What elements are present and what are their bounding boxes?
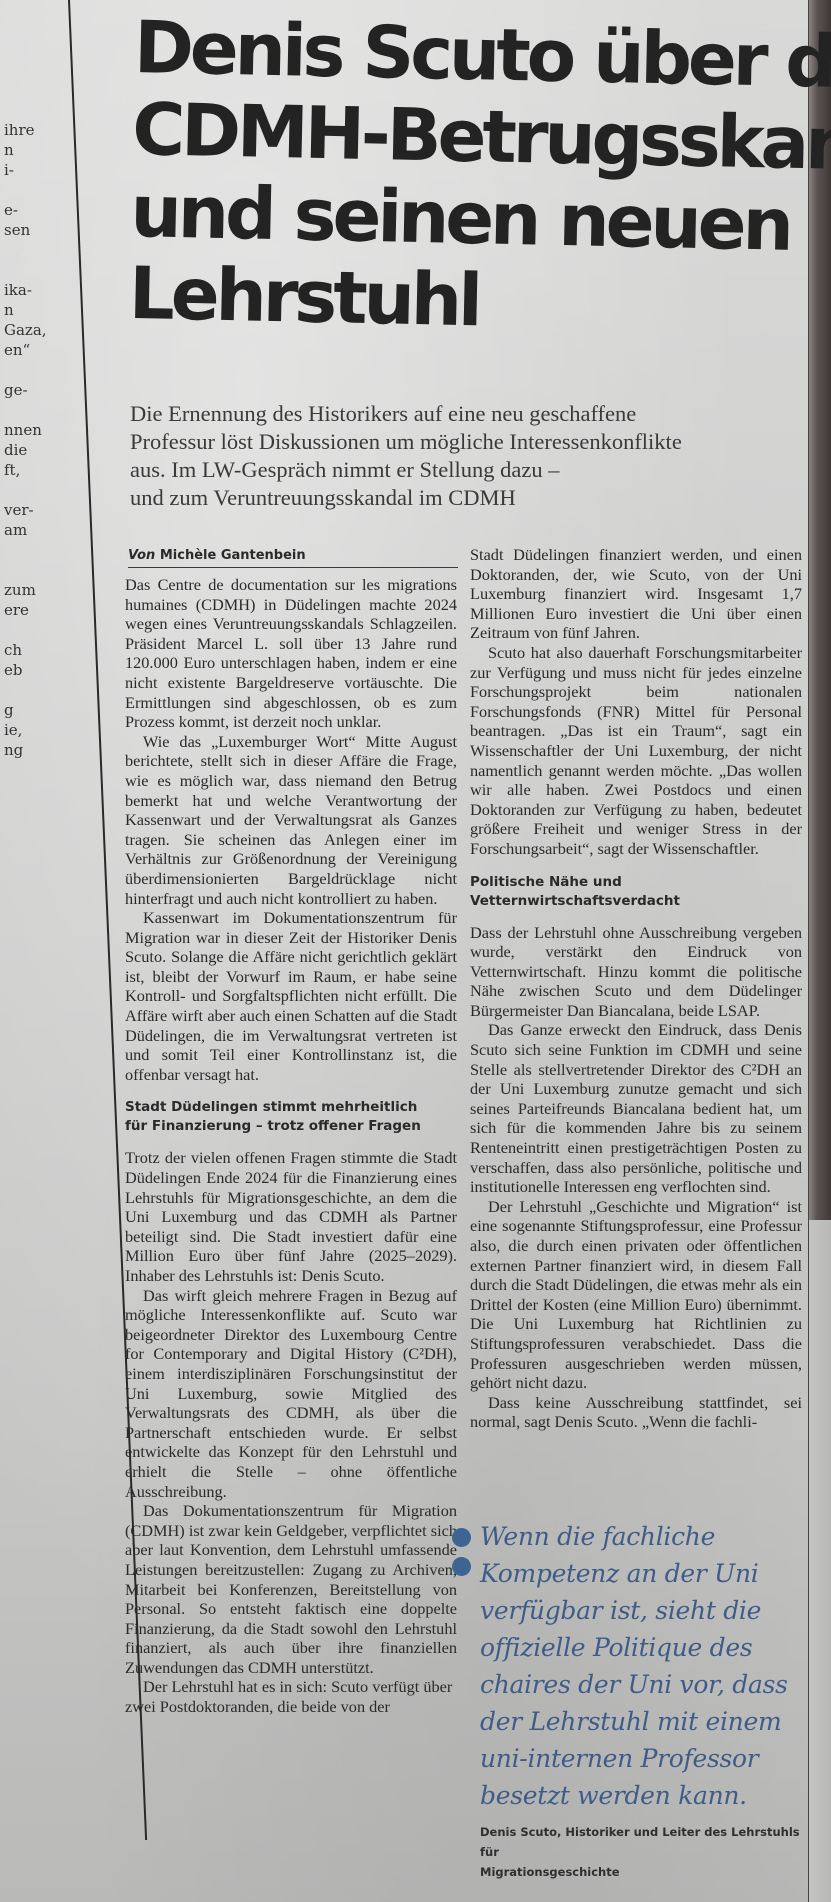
- fragment-line: ere: [0, 600, 80, 620]
- fragment-line: [0, 560, 80, 580]
- body-paragraph: Das wirft gleich mehrere Fragen in Bezug…: [125, 1286, 457, 1502]
- fragment-line: en“: [0, 340, 80, 360]
- quote-line: verfügbar ist, sieht die: [480, 1592, 812, 1629]
- quote-line: Kompetenz an der Uni: [480, 1555, 812, 1592]
- headline: Denis Scuto über den CDMH-Betrugsskandal…: [128, 6, 815, 348]
- body-paragraph: Das Dokumentationszentrum für Migration …: [125, 1501, 457, 1677]
- quote-line: uni-internen Professor: [480, 1740, 812, 1777]
- subheading-line: Vetternwirtschaftsverdacht: [470, 892, 802, 911]
- body-paragraph: Wie das „Luxemburger Wort“ Mitte August …: [125, 732, 457, 908]
- fragment-line: [0, 480, 80, 500]
- quote-attribution: Denis Scuto, Historiker und Leiter des L…: [480, 1822, 812, 1882]
- body-paragraph: Der Lehrstuhl „Geschichte und Migration“…: [470, 1197, 802, 1393]
- fragment-line: ch: [0, 640, 80, 660]
- byline: Von Michèle Gantenbein: [128, 548, 458, 568]
- body-paragraph: Der Lehrstuhl hat es in sich: Scuto verf…: [125, 1677, 457, 1716]
- body-paragraph: Trotz der vielen offenen Fragen stimmte …: [125, 1148, 457, 1285]
- subheading-line: für Finanzierung – trotz offener Fragen: [125, 1117, 457, 1136]
- fragment-line: [0, 360, 80, 380]
- body-paragraph: Das Ganze erweckt den Eindruck, dass Den…: [470, 1020, 802, 1196]
- headline-line: Denis Scuto über den: [133, 6, 815, 102]
- fragment-line: [0, 680, 80, 700]
- pull-quote: Wenn die fachliche Kompetenz an der Uni …: [452, 1518, 812, 1882]
- lead-line: Die Ernennung des Historikers auf eine n…: [130, 400, 810, 428]
- subheading-line: Stadt Düdelingen stimmt mehrheitlich: [125, 1098, 457, 1117]
- headline-line: CDMH-Betrugsskandal: [132, 88, 814, 184]
- fragment-line: [0, 180, 80, 200]
- fragment-line: n: [0, 300, 80, 320]
- lead-paragraph: Die Ernennung des Historikers auf eine n…: [130, 400, 810, 512]
- fragment-line: am: [0, 520, 80, 540]
- fragment-line: n: [0, 140, 80, 160]
- body-paragraph: Scuto hat also dauerhaft Forschungsmitar…: [470, 643, 802, 859]
- fragment-line: ft,: [0, 460, 80, 480]
- fragment-line: [0, 260, 80, 280]
- byline-prefix: Von: [128, 548, 155, 563]
- pull-quote-text: Wenn die fachliche Kompetenz an der Uni …: [480, 1518, 812, 1814]
- body-paragraph: Stadt Düdelingen finanziert werden, und …: [470, 545, 802, 643]
- neighbor-column-fragments: ihreni-e-senika-nGaza,en“ge-nnendieft,ve…: [0, 120, 80, 760]
- quote-marks: [452, 1528, 471, 1586]
- fragment-line: i-: [0, 160, 80, 180]
- lead-line: und zum Veruntreuungsskandal im CDMH: [130, 484, 810, 512]
- quote-dot-icon: [452, 1557, 471, 1576]
- quote-line: chaires der Uni vor, dass: [480, 1666, 812, 1703]
- fragment-line: sen: [0, 220, 80, 240]
- fragment-line: ihre: [0, 120, 80, 140]
- byline-author: Michèle Gantenbein: [160, 548, 306, 563]
- article-column-2: Stadt Düdelingen finanziert werden, und …: [470, 545, 802, 1432]
- fragment-line: [0, 240, 80, 260]
- body-paragraph: Dass der Lehrstuhl ohne Ausschreibung ve…: [470, 923, 802, 1021]
- article-column-1: Das Centre de documentation sur les migr…: [125, 575, 457, 1717]
- fragment-line: die: [0, 440, 80, 460]
- headline-line: und seinen neuen: [130, 170, 812, 266]
- fragment-line: ika-: [0, 280, 80, 300]
- quote-line: offizielle Politique des: [480, 1629, 812, 1666]
- newspaper-page: ihreni-e-senika-nGaza,en“ge-nnendieft,ve…: [0, 0, 831, 1902]
- subheading: Politische Nähe und Vetternwirtschaftsve…: [470, 873, 802, 911]
- lead-line: aus. Im LW-Gespräch nimmt er Stellung da…: [130, 456, 810, 484]
- quote-line: besetzt werden kann.: [480, 1777, 812, 1814]
- subheading: Stadt Düdelingen stimmt mehrheitlich für…: [125, 1098, 457, 1136]
- fragment-line: [0, 620, 80, 640]
- fragment-line: eb: [0, 660, 80, 680]
- lead-line: Professur löst Diskussionen um mögliche …: [130, 428, 810, 456]
- quote-line: Wenn die fachliche: [480, 1518, 812, 1555]
- fragment-line: Gaza,: [0, 320, 80, 340]
- attribution-line: Migrationsgeschichte: [480, 1862, 812, 1882]
- fragment-line: g: [0, 700, 80, 720]
- fragment-line: zum: [0, 580, 80, 600]
- fragment-line: nnen: [0, 420, 80, 440]
- subheading-line: Politische Nähe und: [470, 873, 802, 892]
- attribution-line: Denis Scuto, Historiker und Leiter des L…: [480, 1822, 812, 1862]
- fragment-line: [0, 400, 80, 420]
- quote-line: der Lehrstuhl mit einem: [480, 1703, 812, 1740]
- fragment-line: ie,: [0, 720, 80, 740]
- fragment-line: [0, 540, 80, 560]
- headline-line: Lehrstuhl: [128, 252, 810, 348]
- fragment-line: ver-: [0, 500, 80, 520]
- fragment-line: ge-: [0, 380, 80, 400]
- body-paragraph: Dass keine Ausschreibung stattfindet, se…: [470, 1393, 802, 1432]
- body-paragraph: Kassenwart im Dokumentationszentrum für …: [125, 908, 457, 1084]
- fragment-line: e-: [0, 200, 80, 220]
- body-paragraph: Das Centre de documentation sur les migr…: [125, 575, 457, 732]
- fragment-line: ng: [0, 740, 80, 760]
- quote-dot-icon: [452, 1528, 471, 1547]
